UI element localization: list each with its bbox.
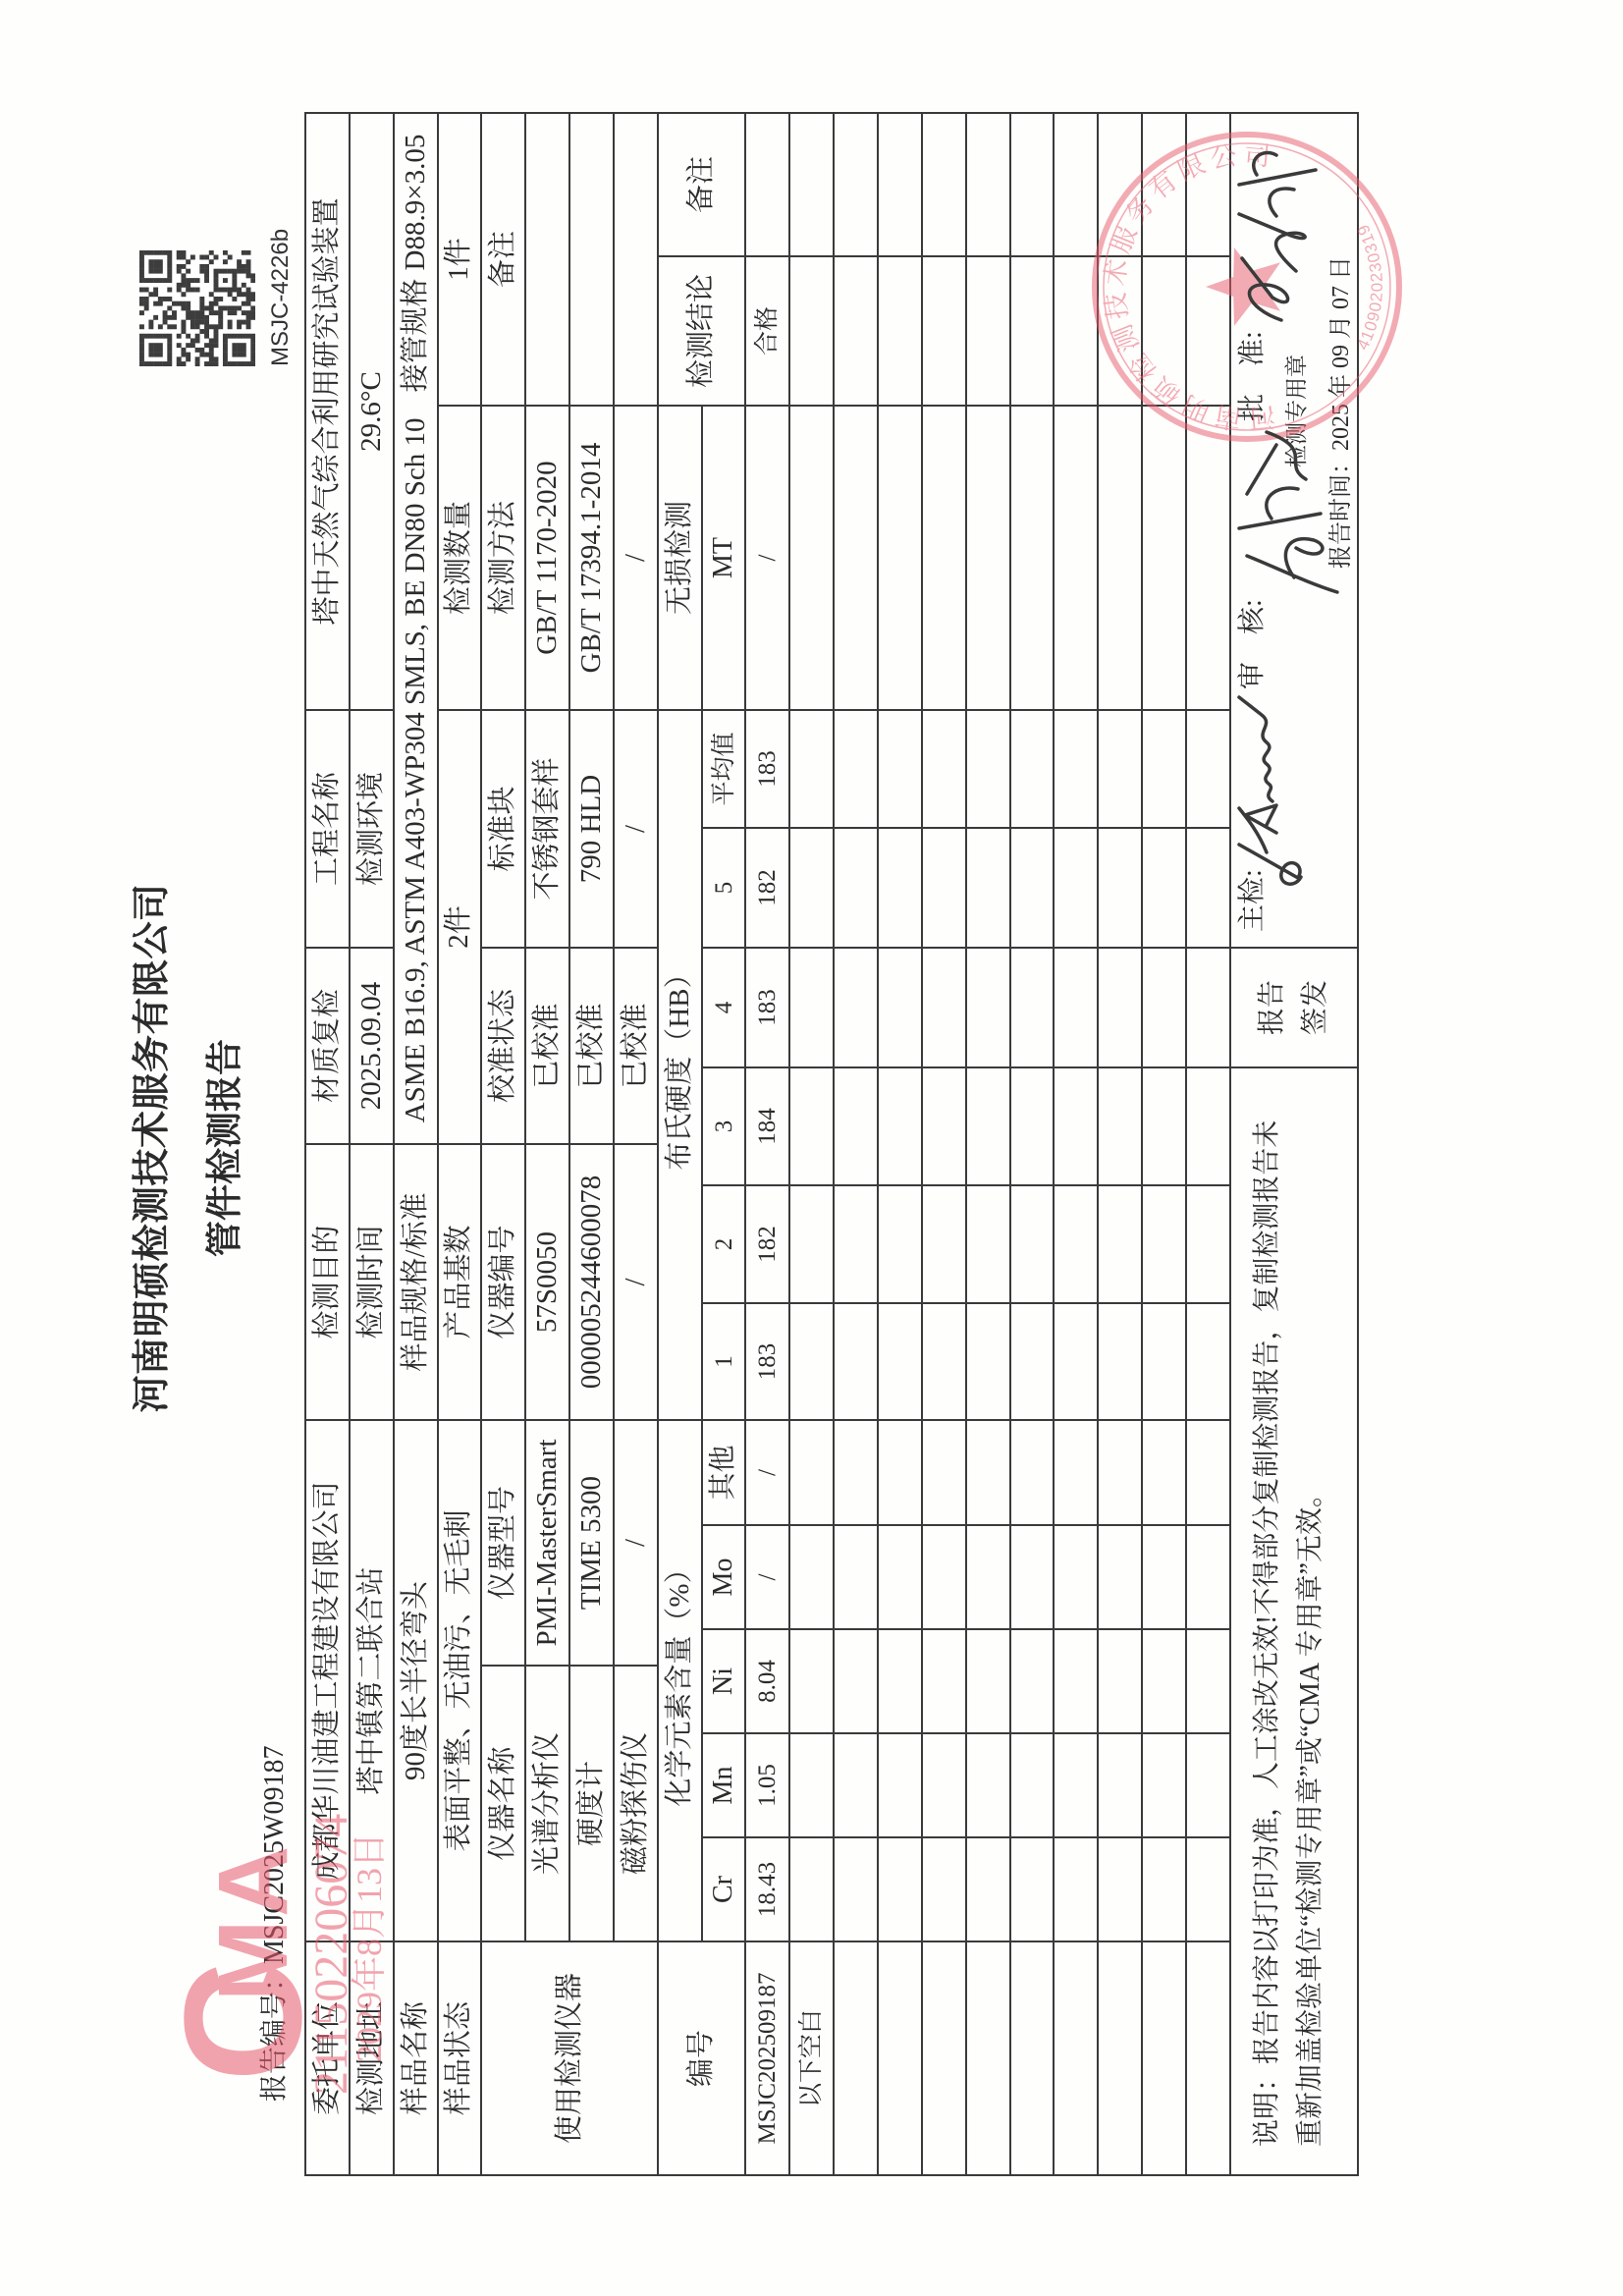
chemical-header: 化学元素含量（%）	[659, 1419, 703, 1941]
spec-label: 样品规格/标准	[395, 1143, 439, 1419]
sample-id-cell	[879, 1941, 923, 2174]
result-cell	[1011, 1302, 1055, 1419]
result-cell	[1055, 112, 1099, 255]
result-cell	[923, 709, 967, 827]
result-cell	[1143, 827, 1187, 947]
result-cell	[1055, 1524, 1099, 1628]
result-cell	[790, 709, 835, 827]
element-header: Cr	[703, 1836, 747, 1941]
hardness-point-header: 2	[703, 1184, 747, 1302]
result-cell	[1187, 1184, 1231, 1302]
element-header: Ni	[703, 1628, 747, 1732]
result-cell	[1187, 1628, 1231, 1732]
result-cell: 183	[746, 947, 790, 1066]
sample-id-cell	[1011, 1941, 1055, 2174]
result-cell	[1011, 1184, 1055, 1302]
result-cell	[1099, 1628, 1143, 1732]
result-cell	[1011, 112, 1055, 255]
result-cell	[967, 112, 1011, 255]
result-cell	[967, 1836, 1011, 1941]
result-cell	[1143, 1184, 1187, 1302]
result-cell	[1187, 112, 1231, 255]
instrument-name: 光谱分析仪	[526, 1665, 570, 1941]
result-cell	[1143, 1732, 1187, 1836]
element-header: 其他	[703, 1419, 747, 1524]
site-label: 检测地址	[351, 1941, 395, 2174]
result-cell	[790, 1836, 835, 1941]
environment-value: 29.6°C	[351, 112, 395, 709]
result-cell: 182	[746, 1184, 790, 1302]
result-cell	[1011, 1524, 1055, 1628]
sample-name-label: 样品名称	[395, 1941, 439, 2174]
result-cell	[967, 947, 1011, 1066]
state-value: 表面平整、无油污、无毛刺	[439, 1419, 483, 1941]
result-cell	[879, 1066, 923, 1184]
result-cell	[1011, 255, 1055, 405]
ndt-method-header: MT	[703, 405, 747, 709]
ndt-header: 无损检测	[659, 405, 703, 709]
sample-id-cell	[1143, 1941, 1187, 2174]
result-cell	[967, 405, 1011, 709]
result-cell	[1055, 1836, 1099, 1941]
result-cell	[967, 255, 1011, 405]
instrument-name: 硬度计	[570, 1665, 615, 1941]
result-cell	[923, 1066, 967, 1184]
report-number-label: 报告编号：	[259, 1964, 290, 2102]
result-cell	[879, 947, 923, 1066]
result-cell	[879, 112, 923, 255]
result-cell	[1055, 1628, 1099, 1732]
sample-id-cell	[835, 1941, 879, 2174]
result-cell	[835, 1302, 879, 1419]
result-cell: 183	[746, 1302, 790, 1419]
report-table: 委托单位 成都华川油建工程建设有限公司 检测目的 材质复检 工程名称 塔中天然气…	[304, 112, 1359, 2176]
result-cell	[1187, 947, 1231, 1066]
sample-id-cell	[1055, 1941, 1099, 2174]
sample-id-cell: 以下空白	[790, 1941, 835, 2174]
result-cell	[1143, 1419, 1187, 1524]
result-cell	[923, 1302, 967, 1419]
sample-id-header: 编号	[659, 1941, 747, 2174]
result-cell: 18.43	[746, 1836, 790, 1941]
result-cell	[1099, 1836, 1143, 1941]
result-cell	[923, 1836, 967, 1941]
instrument-name: 磁粉探伤仪	[615, 1665, 659, 1941]
base-qty-value: 2件	[439, 709, 483, 1143]
result-cell	[967, 1732, 1011, 1836]
element-header: Mo	[703, 1524, 747, 1628]
result-cell	[1143, 1302, 1187, 1419]
report-number-value: MSJC2025W09187	[259, 1746, 290, 1964]
result-cell	[1011, 947, 1055, 1066]
hardness-point-header: 4	[703, 947, 747, 1066]
sample-name-value: 90度长半径弯头	[395, 1419, 439, 1941]
result-cell	[1011, 405, 1055, 709]
column-header: 仪器编号	[482, 1143, 526, 1419]
result-cell	[835, 1732, 879, 1836]
issue-label: 报告 签发	[1231, 947, 1359, 1066]
result-cell	[879, 1732, 923, 1836]
result-cell	[1099, 1419, 1143, 1524]
result-cell	[1143, 1836, 1187, 1941]
form-code: MSJC-4226b	[266, 229, 296, 366]
result-cell	[835, 405, 879, 709]
result-cell	[1187, 1066, 1231, 1184]
result-cell	[1143, 947, 1187, 1066]
result-cell	[1055, 1184, 1099, 1302]
instrument-model: PMI-MasterSmart	[526, 1419, 570, 1665]
result-cell	[879, 1524, 923, 1628]
sample-id-cell: MSJC202509187	[746, 1941, 790, 2174]
test-method: GB/T 1170-2020	[526, 405, 570, 709]
result-cell	[1143, 1066, 1187, 1184]
result-cell	[1099, 255, 1143, 405]
result-cell	[1099, 112, 1143, 255]
instrument-serial: /	[615, 1143, 659, 1419]
result-cell	[790, 255, 835, 405]
column-header: 仪器型号	[482, 1419, 526, 1665]
column-header: 校准状态	[482, 947, 526, 1143]
instrument-remark	[570, 112, 615, 405]
result-cell	[790, 1524, 835, 1628]
result-cell	[790, 1732, 835, 1836]
calibration-status: 已校准	[526, 947, 570, 1143]
test-qty-label: 检测数量	[439, 405, 483, 709]
result-cell	[790, 1302, 835, 1419]
base-qty-label: 产品基数	[439, 1143, 483, 1419]
result-cell	[879, 1184, 923, 1302]
sample-id-cell	[967, 1941, 1011, 2174]
project-value: 塔中天然气综合利用研究试验装置	[306, 112, 351, 709]
reference-block: 790 HLD	[570, 709, 615, 947]
result-cell	[879, 255, 923, 405]
result-cell	[790, 405, 835, 709]
column-header: 备注	[482, 112, 526, 405]
result-cell	[1143, 1628, 1187, 1732]
result-cell: 1.05	[746, 1732, 790, 1836]
reference-block: /	[615, 709, 659, 947]
result-cell: 183	[746, 709, 790, 827]
result-cell	[835, 947, 879, 1066]
result-cell	[1143, 255, 1187, 405]
report-number: 报告编号：MSJC2025W09187	[258, 1746, 292, 2102]
report-date-value: 2025 年 09 月 07 日	[1328, 256, 1354, 451]
result-cell	[1055, 405, 1099, 709]
result-cell	[790, 112, 835, 255]
seal-label: 检测专用章	[1283, 355, 1311, 467]
result-cell	[967, 1066, 1011, 1184]
signature-cell: 主检: 审 核: 批 准: 检测专用章 报告时间：2025 年 09 月 07 …	[1231, 112, 1359, 947]
element-header: Mn	[703, 1732, 747, 1836]
result-cell	[923, 947, 967, 1066]
result-cell	[1055, 709, 1099, 827]
issue-label-line: 签发	[1294, 980, 1337, 1035]
hardness-point-header: 3	[703, 1066, 747, 1184]
result-cell	[923, 1732, 967, 1836]
result-cell	[923, 1419, 967, 1524]
note-cell: 说明：报告内容以打印为准，人工涂改无效!不得部分复制检测报告，复制检测报告未 重…	[1231, 1066, 1359, 2174]
result-cell	[1055, 827, 1099, 947]
result-cell	[790, 1628, 835, 1732]
report-sheet: 河南明硕检测技术服务有限公司 管件检测报告 报告编号：MSJC2025W0918…	[0, 0, 1623, 2296]
result-cell	[1099, 709, 1143, 827]
result-cell	[1055, 1732, 1099, 1836]
instrument-model: /	[615, 1419, 659, 1665]
result-cell	[790, 827, 835, 947]
inspector-label: 主检:	[1237, 869, 1269, 932]
result-cell	[835, 709, 879, 827]
result-cell	[1143, 112, 1187, 255]
result-cell	[879, 1419, 923, 1524]
result-cell	[967, 1419, 1011, 1524]
approver-label: 批 准:	[1237, 331, 1269, 421]
result-cell	[1011, 1066, 1055, 1184]
result-cell	[1011, 827, 1055, 947]
result-cell	[1011, 1419, 1055, 1524]
hardness-header: 布氏硬度（HB）	[659, 709, 703, 1419]
purpose-value: 材质复检	[306, 947, 351, 1143]
sample-id-cell	[923, 1941, 967, 2174]
result-cell	[835, 1066, 879, 1184]
client-value: 成都华川油建工程建设有限公司	[306, 1419, 351, 1941]
result-cell	[1143, 405, 1187, 709]
result-cell	[923, 1524, 967, 1628]
result-cell	[1099, 947, 1143, 1066]
result-cell	[923, 827, 967, 947]
pipe-spec-label: 接管规格	[402, 278, 430, 392]
column-header: 检测方法	[482, 405, 526, 709]
result-cell	[1187, 1302, 1231, 1419]
result-cell	[790, 1419, 835, 1524]
result-cell	[967, 827, 1011, 947]
result-cell: /	[746, 1419, 790, 1524]
result-cell	[1143, 709, 1187, 827]
result-cell	[879, 827, 923, 947]
report-date: 报告时间：2025 年 09 月 07 日	[1326, 256, 1356, 569]
result-cell: /	[746, 405, 790, 709]
project-label: 工程名称	[306, 709, 351, 947]
reference-block: 不锈钢套样	[526, 709, 570, 947]
result-cell	[1099, 405, 1143, 709]
result-cell	[923, 405, 967, 709]
hardness-point-header: 1	[703, 1302, 747, 1419]
result-cell	[1011, 1628, 1055, 1732]
result-cell	[1055, 255, 1099, 405]
client-label: 委托单位	[306, 1941, 351, 2174]
result-cell	[923, 255, 967, 405]
result-cell	[835, 112, 879, 255]
result-cell	[1187, 255, 1231, 405]
instrument-model: TIME 5300	[570, 1419, 615, 1665]
result-cell	[1011, 1732, 1055, 1836]
column-header: 标准块	[482, 709, 526, 947]
result-cell	[790, 947, 835, 1066]
qr-code-icon	[139, 250, 255, 366]
result-cell	[1187, 1524, 1231, 1628]
result-cell	[879, 709, 923, 827]
environment-label: 检测环境	[351, 709, 395, 947]
result-cell	[835, 827, 879, 947]
conclusion-header: 检测结论	[659, 255, 747, 405]
result-cell: 8.04	[746, 1628, 790, 1732]
result-cell	[835, 1524, 879, 1628]
spec-value: ASME B16.9, ASTM A403-WP304 SMLS, BE DN8…	[395, 112, 439, 1143]
instrument-serial: 57S0050	[526, 1143, 570, 1419]
result-cell	[967, 1524, 1011, 1628]
purpose-label: 检测目的	[306, 1143, 351, 1419]
result-cell	[1187, 1419, 1231, 1524]
result-cell	[923, 112, 967, 255]
result-cell	[923, 1628, 967, 1732]
pipe-spec-value: D88.9×3.05	[402, 135, 430, 271]
result-cell	[1011, 1836, 1055, 1941]
result-cell	[1099, 1732, 1143, 1836]
result-cell	[879, 405, 923, 709]
note-line: 说明：报告内容以打印为准，人工涂改无效!不得部分复制检测报告，复制检测报告未	[1246, 1121, 1289, 2147]
instrument-serial: 000005244600078	[570, 1143, 615, 1419]
result-cell	[967, 1302, 1011, 1419]
result-cell	[1055, 1419, 1099, 1524]
result-cell	[967, 709, 1011, 827]
instrument-remark	[615, 112, 659, 405]
hardness-average-header: 平均值	[703, 709, 747, 827]
calibration-status: 已校准	[570, 947, 615, 1143]
test-date-label: 检测时间	[351, 1143, 395, 1419]
result-cell	[879, 1836, 923, 1941]
result-cell	[1055, 1302, 1099, 1419]
test-qty-value: 1件	[439, 112, 483, 405]
result-cell	[835, 1628, 879, 1732]
column-header: 仪器名称	[482, 1665, 526, 1941]
result-cell	[1187, 405, 1231, 709]
hardness-point-header: 5	[703, 827, 747, 947]
calibration-status: 已校准	[615, 947, 659, 1143]
result-cell	[1055, 1066, 1099, 1184]
result-cell	[879, 1302, 923, 1419]
result-cell	[1099, 1524, 1143, 1628]
sample-id-cell	[1187, 1941, 1231, 2174]
result-cell	[835, 1836, 879, 1941]
result-cell: /	[746, 1524, 790, 1628]
result-cell	[1099, 827, 1143, 947]
result-cell	[1055, 947, 1099, 1066]
test-method: GB/T 17394.1-2014	[570, 405, 615, 709]
result-cell	[967, 1184, 1011, 1302]
result-cell	[923, 1184, 967, 1302]
result-cell	[967, 1628, 1011, 1732]
result-cell	[835, 255, 879, 405]
result-cell: 184	[746, 1066, 790, 1184]
spec-standard: ASME B16.9, ASTM A403-WP304 SMLS, BE DN8…	[402, 418, 430, 1123]
result-cell	[1099, 1066, 1143, 1184]
issue-label-line: 报告	[1251, 980, 1294, 1035]
result-cell	[1099, 1302, 1143, 1419]
result-cell	[835, 1184, 879, 1302]
result-cell	[746, 112, 790, 255]
note-line: 重新加盖检验单位“检测专用章”或“CMA 专用章”无效。	[1289, 1480, 1332, 2147]
reviewer-label: 审 核:	[1237, 599, 1269, 689]
sample-id-cell	[1099, 1941, 1143, 2174]
result-cell	[1187, 1836, 1231, 1941]
result-cell	[1187, 827, 1231, 947]
result-cell	[1187, 709, 1231, 827]
result-cell	[1011, 709, 1055, 827]
result-cell: 合格	[746, 255, 790, 405]
state-label: 样品状态	[439, 1941, 483, 2174]
report-date-label: 报告时间：	[1328, 451, 1354, 569]
result-cell	[835, 1419, 879, 1524]
result-cell: 182	[746, 827, 790, 947]
site-value: 塔中镇第二联合站	[351, 1419, 395, 1941]
result-cell	[790, 1066, 835, 1184]
result-cell	[879, 1628, 923, 1732]
test-date-value: 2025.09.04	[351, 947, 395, 1143]
test-method: /	[615, 405, 659, 709]
result-cell	[1143, 1524, 1187, 1628]
result-cell	[1099, 1184, 1143, 1302]
result-cell	[790, 1184, 835, 1302]
instrument-remark	[526, 112, 570, 405]
result-cell	[1187, 1732, 1231, 1836]
remark-header: 备注	[659, 112, 747, 255]
instruments-group-label: 使用检测仪器	[482, 1941, 658, 2174]
